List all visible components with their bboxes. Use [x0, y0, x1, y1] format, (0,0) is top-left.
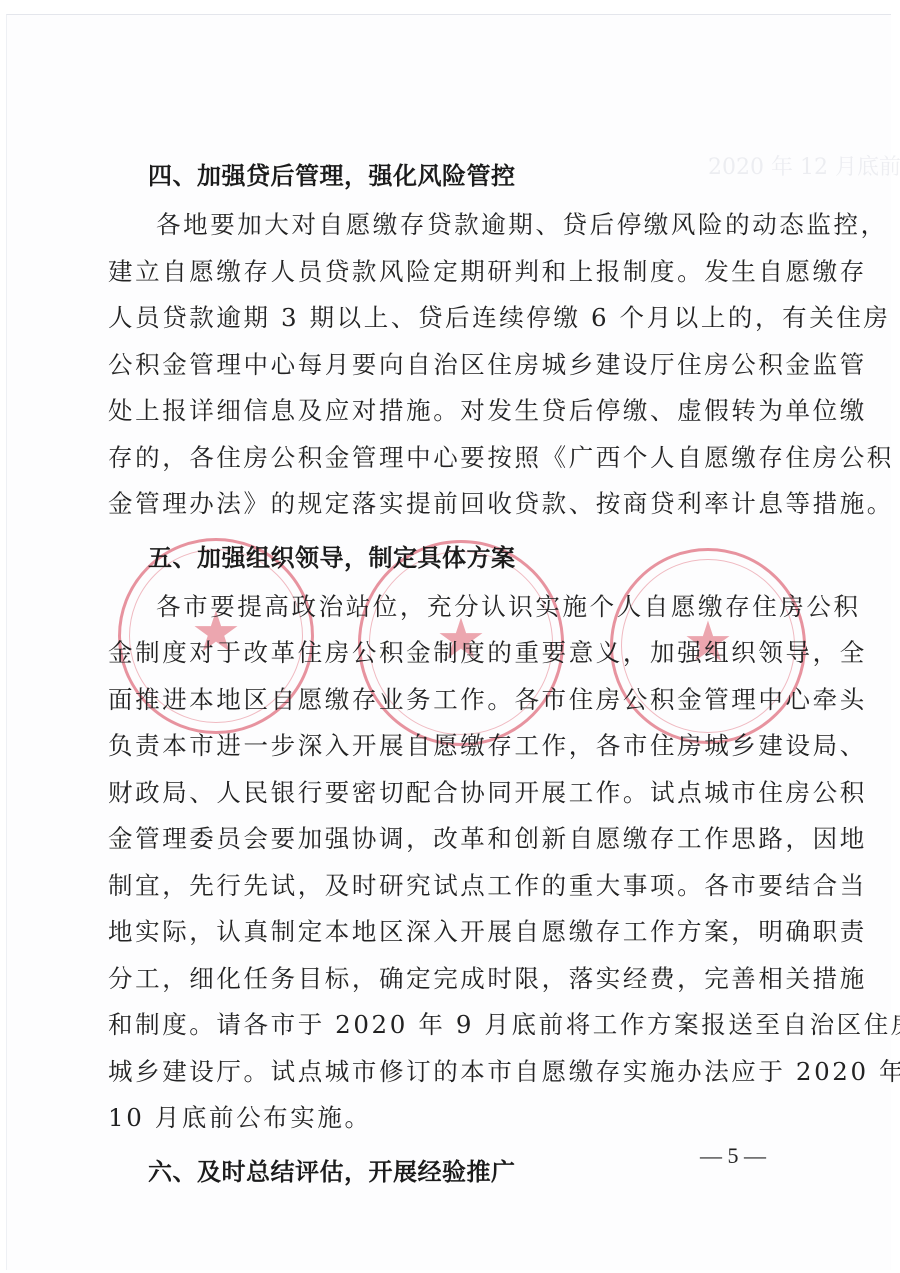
section-heading-4: 四、加强贷后管理，强化风险管控	[108, 150, 788, 202]
text-line: 金管理委员会要加强协调，改革和创新自愿缴存工作思路，因地	[108, 816, 788, 863]
section-4-paragraph: 各地要加大对自愿缴存贷款逾期、贷后停缴风险的动态监控， 建立自愿缴存人员贷款风险…	[108, 202, 788, 528]
text-line: 金制度对于改革住房公积金制度的重要意义，加强组织领导，全	[108, 630, 788, 677]
text-line: 处上报详细信息及应对措施。对发生贷后停缴、虚假转为单位缴	[108, 388, 788, 435]
text-line: 公积金管理中心每月要向自治区住房城乡建设厅住房公积金监管	[108, 342, 788, 389]
page-number: — 5 —	[700, 1143, 766, 1169]
text-line: 财政局、人民银行要密切配合协同开展工作。试点城市住房公积	[108, 770, 788, 817]
section-5-paragraph: 各市要提高政治站位，充分认识实施个人自愿缴存住房公积 金制度对于改革住房公积金制…	[108, 584, 788, 1142]
text-line: 城乡建设厅。试点城市修订的本市自愿缴存实施办法应于 2020 年	[108, 1049, 788, 1096]
text-line: 面推进本地区自愿缴存业务工作。各市住房公积金管理中心牵头	[108, 677, 788, 724]
text-line: 存的，各住房公积金管理中心要按照《广西个人自愿缴存住房公积	[108, 435, 788, 482]
section-heading-6: 六、及时总结评估，开展经验推广	[108, 1146, 788, 1198]
text-line: 制宜，先行先试，及时研究试点工作的重大事项。各市要结合当	[108, 863, 788, 910]
text-line: 负责本市进一步深入开展自愿缴存工作，各市住房城乡建设局、	[108, 723, 788, 770]
text-line: 人员贷款逾期 3 期以上、贷后连续停缴 6 个月以上的，有关住房	[108, 295, 788, 342]
text-line: 各地要加大对自愿缴存贷款逾期、贷后停缴风险的动态监控，	[108, 202, 788, 249]
text-line: 金管理办法》的规定落实提前回收贷款、按商贷利率计息等措施。	[108, 481, 788, 528]
text-line: 地实际，认真制定本地区深入开展自愿缴存工作方案，明确职责	[108, 909, 788, 956]
section-heading-5: 五、加强组织领导，制定具体方案	[108, 532, 788, 584]
text-line: 各市要提高政治站位，充分认识实施个人自愿缴存住房公积	[108, 584, 788, 631]
document-body: 四、加强贷后管理，强化风险管控 各地要加大对自愿缴存贷款逾期、贷后停缴风险的动态…	[108, 150, 788, 1198]
text-line: 建立自愿缴存人员贷款风险定期研判和上报制度。发生自愿缴存	[108, 249, 788, 296]
text-line: 分工，细化任务目标，确定完成时限，落实经费，完善相关措施	[108, 956, 788, 1003]
text-line: 10 月底前公布实施。	[108, 1095, 788, 1142]
text-line: 和制度。请各市于 2020 年 9 月底前将工作方案报送至自治区住房	[108, 1002, 788, 1049]
